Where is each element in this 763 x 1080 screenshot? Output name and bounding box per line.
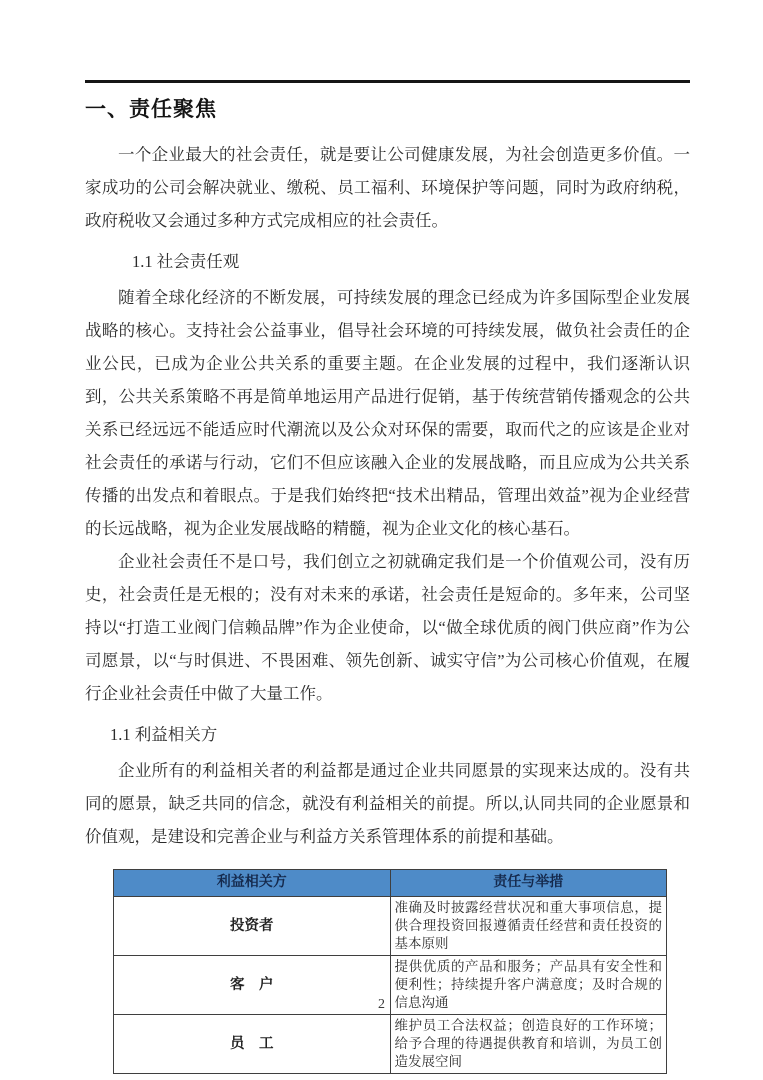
- paragraph-csr-view-2: 企业社会责任不是口号，我们创立之初就确定我们是一个价值观公司，没有历史，社会责任…: [85, 545, 690, 710]
- page-content: 一、责任聚焦 一个企业最大的社会责任，就是要让公司健康发展，为社会创造更多价值。…: [85, 0, 690, 1074]
- table-row: 员 工 维护员工合法权益；创造良好的工作环境；给予合理的待遇提供教育和培训，为员…: [114, 1015, 667, 1074]
- stakeholder-cell-investor: 投资者: [114, 897, 391, 956]
- table-header-responsibility: 责任与举措: [390, 870, 667, 897]
- paragraph-intro: 一个企业最大的社会责任，就是要让公司健康发展，为社会创造更多价值。一家成功的公司…: [85, 138, 690, 237]
- paragraph-csr-view-1: 随着全球化经济的不断发展，可持续发展的理念已经成为许多国际型企业发展战略的核心。…: [85, 281, 690, 545]
- table-row: 投资者 准确及时披露经营状况和重大事项信息，提供合理投资回报遵循责任经营和责任投…: [114, 897, 667, 956]
- page-number: 2: [0, 997, 763, 1013]
- section-heading-csr-view: 1.1 社会责任观: [85, 247, 690, 277]
- section-heading-stakeholders: 1.1 利益相关方: [85, 720, 690, 750]
- document-page: 一、责任聚焦 一个企业最大的社会责任，就是要让公司健康发展，为社会创造更多价值。…: [0, 0, 763, 1080]
- stakeholder-cell-employee: 员 工: [114, 1015, 391, 1074]
- stakeholder-table: 利益相关方 责任与举措 投资者 准确及时披露经营状况和重大事项信息，提供合理投资…: [113, 869, 667, 1074]
- header-rule: [85, 80, 690, 83]
- chapter-title: 一、责任聚焦: [85, 93, 690, 123]
- responsibility-cell-employee: 维护员工合法权益；创造良好的工作环境；给予合理的待遇提供教育和培训，为员工创造发…: [390, 1015, 667, 1074]
- table-header-stakeholder: 利益相关方: [114, 870, 391, 897]
- paragraph-stakeholders: 企业所有的利益相关者的利益都是通过企业共同愿景的实现来达成的。没有共同的愿景，缺…: [85, 754, 690, 853]
- table-header-row: 利益相关方 责任与举措: [114, 870, 667, 897]
- responsibility-cell-investor: 准确及时披露经营状况和重大事项信息，提供合理投资回报遵循责任经营和责任投资的基本…: [390, 897, 667, 956]
